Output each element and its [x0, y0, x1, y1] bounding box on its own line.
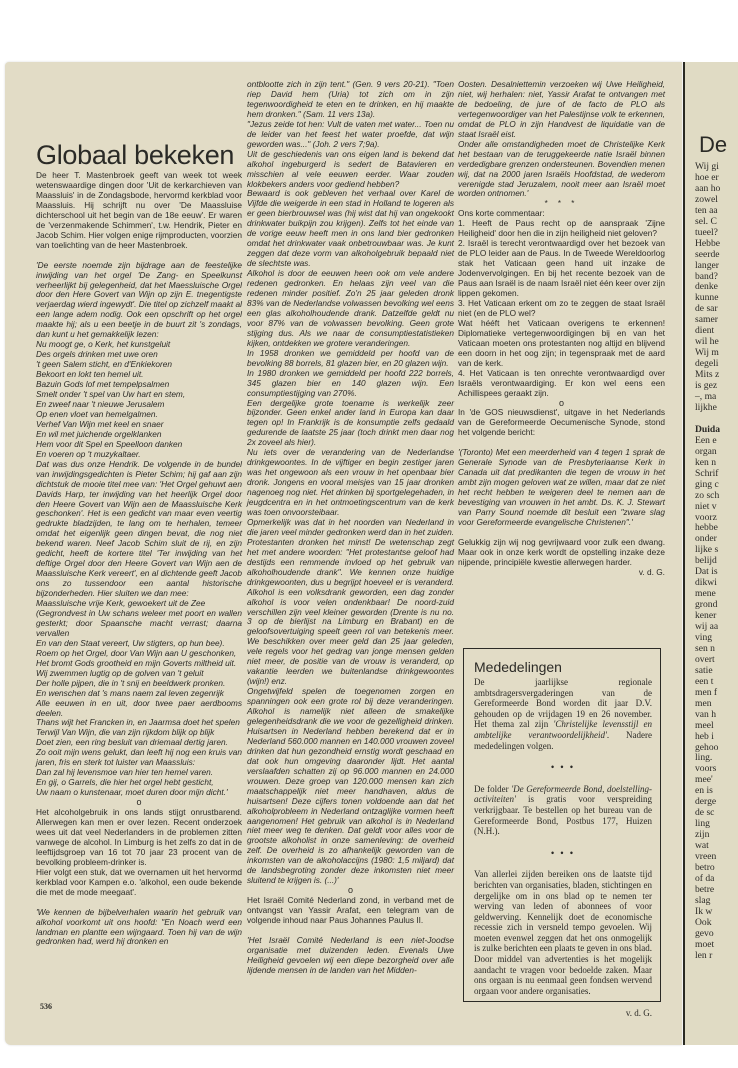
- next-page-line: niet v: [695, 502, 720, 513]
- next-page-line: meel: [695, 721, 720, 732]
- next-page-line: lijkhe: [695, 403, 720, 414]
- paragraph: Alle eeuwen in en uit, door twee paer ae…: [36, 699, 242, 719]
- column-middle-text: ontblootte zich in zijn tent." (Gen. 9 v…: [247, 80, 454, 976]
- paragraph: 2. Israël is terecht verontwaardigd over…: [458, 239, 665, 299]
- paragraph: 4. Het Vaticaan is ten onrechte verontwa…: [458, 369, 665, 399]
- next-page-line: heb i: [695, 732, 720, 743]
- next-page-edge: De Wij gihoe eraan hozowelten aasel. Ctu…: [683, 62, 738, 1045]
- next-page-line: moet: [695, 940, 720, 951]
- next-page-line: Hebbe: [695, 239, 720, 250]
- next-page-line: van h: [695, 710, 720, 721]
- paragraph: Nu iets over de verandering van de Neder…: [247, 448, 454, 518]
- paragraph: (Gegrondvest in Uw schans weleer met poo…: [36, 609, 242, 639]
- paragraph: ontblootte zich in zijn tent." (Gen. 9 v…: [247, 80, 454, 120]
- paragraph: 'We kennen de bijbelverhalen waarin het …: [36, 908, 242, 948]
- paragraph: 'Het Israël Comité Nederland is een niet…: [247, 936, 454, 976]
- column-middle: ontblootte zich in zijn tent." (Gen. 9 v…: [247, 80, 454, 976]
- next-page-line: zo sch: [695, 491, 720, 502]
- paragraph: Dat was dus onze Hendrik. De volgende in…: [36, 460, 242, 599]
- paragraph: "Jezus zeide tot hen: Vult de vaten met …: [247, 120, 454, 150]
- paragraph: 'De eerste noemde zijn bijdrage aan de f…: [36, 261, 242, 341]
- paragraph: Bewaard is ook gebleven het verhaal over…: [247, 189, 454, 269]
- paragraph: Oosten. Desalniettemin verzoeken wij Uwe…: [458, 80, 665, 140]
- next-page-line: Schrif: [695, 469, 720, 480]
- next-page-line: langer: [695, 261, 720, 272]
- next-page-line: len r: [695, 951, 720, 962]
- paragraph: Zo ooit mijn wens gelukt, dan leeft hij …: [36, 748, 242, 768]
- paragraph: Uit de geschiedenis van ons eigen land i…: [247, 150, 454, 190]
- next-page-line: ging c: [695, 480, 720, 491]
- paragraph: In 'de GOS nieuwsdienst', uitgave in het…: [458, 408, 665, 438]
- paragraph: Ongetwijfeld spelen de toegenomen zorgen…: [247, 687, 454, 886]
- next-page-title: De: [699, 132, 727, 158]
- next-page-line: men: [695, 699, 720, 710]
- author-signature: v. d. G.: [458, 568, 665, 578]
- paragraph: 1. Heeft de Paus recht op de aanspraak '…: [458, 219, 665, 239]
- paragraph: Alkohol is door de eeuwen heen ook om ve…: [247, 269, 454, 349]
- column-left-text: De heer T. Mastenbroek geeft van week to…: [36, 171, 242, 947]
- paragraph: Wat hééft het Vaticaan overigens te erke…: [458, 319, 665, 369]
- paragraph: De heer T. Mastenbroek geeft van week to…: [36, 171, 242, 251]
- mededelingen-paragraph-3: Van allerlei zijden bereiken ons de laat…: [474, 869, 652, 996]
- next-page-text: Wij gihoe eraan hozowelten aasel. Ctueel…: [695, 162, 720, 962]
- article-title: Globaal bekeken: [36, 140, 242, 170]
- next-page-line: seerde: [695, 250, 720, 261]
- paragraph: Hier volgt een stuk, dat we overnamen ui…: [36, 868, 242, 898]
- column-right: Oosten. Desalniettemin verzoeken wij Uwe…: [458, 80, 665, 578]
- paragraph: Het Israël Comité Nederland zond, in ver…: [247, 896, 454, 926]
- paragraph: In 1980 dronken we gemiddeld per hoofd 2…: [247, 369, 454, 399]
- mededelingen-paragraph-2: De folder 'De Gereformeerde Bond, doelst…: [474, 784, 652, 837]
- mededelingen-box: Mededelingen De jaarlijkse regionale amb…: [463, 648, 661, 1002]
- mededelingen-paragraph-1: De jaarlijkse regionale ambtsdragersverg…: [474, 677, 652, 751]
- paragraph: '(Toronto) Met een meerderheid van 4 teg…: [458, 448, 665, 528]
- column-right-text: Oosten. Desalniettemin verzoeken wij Uwe…: [458, 80, 665, 578]
- paragraph: Een dergelijke grote toename is werkelij…: [247, 399, 454, 449]
- page-number: 536: [40, 1002, 52, 1011]
- paragraph: In 1958 dronken we gemiddeld per hoofd v…: [247, 349, 454, 369]
- separator-dots: • • •: [474, 762, 652, 773]
- mededelingen-signature: v. d. G.: [474, 1008, 652, 1019]
- paragraph: 3. Het Vaticaan erkent om zo te zeggen d…: [458, 299, 665, 319]
- mededelingen-title: Mededelingen: [474, 659, 652, 675]
- column-left: Globaal bekeken De heer T. Mastenbroek g…: [36, 140, 242, 947]
- separator-dots: • • •: [474, 848, 652, 859]
- paragraph: Opmerkelijk was dat in het noorden van N…: [247, 518, 454, 687]
- paragraph: Onder alle omstandigheden moet de Christ…: [458, 140, 665, 200]
- paragraph: Het alcoholgebruik in ons lands stijgt o…: [36, 808, 242, 868]
- paragraph: Gelukkig zijn wij nog gevrijwaard voor z…: [458, 538, 665, 568]
